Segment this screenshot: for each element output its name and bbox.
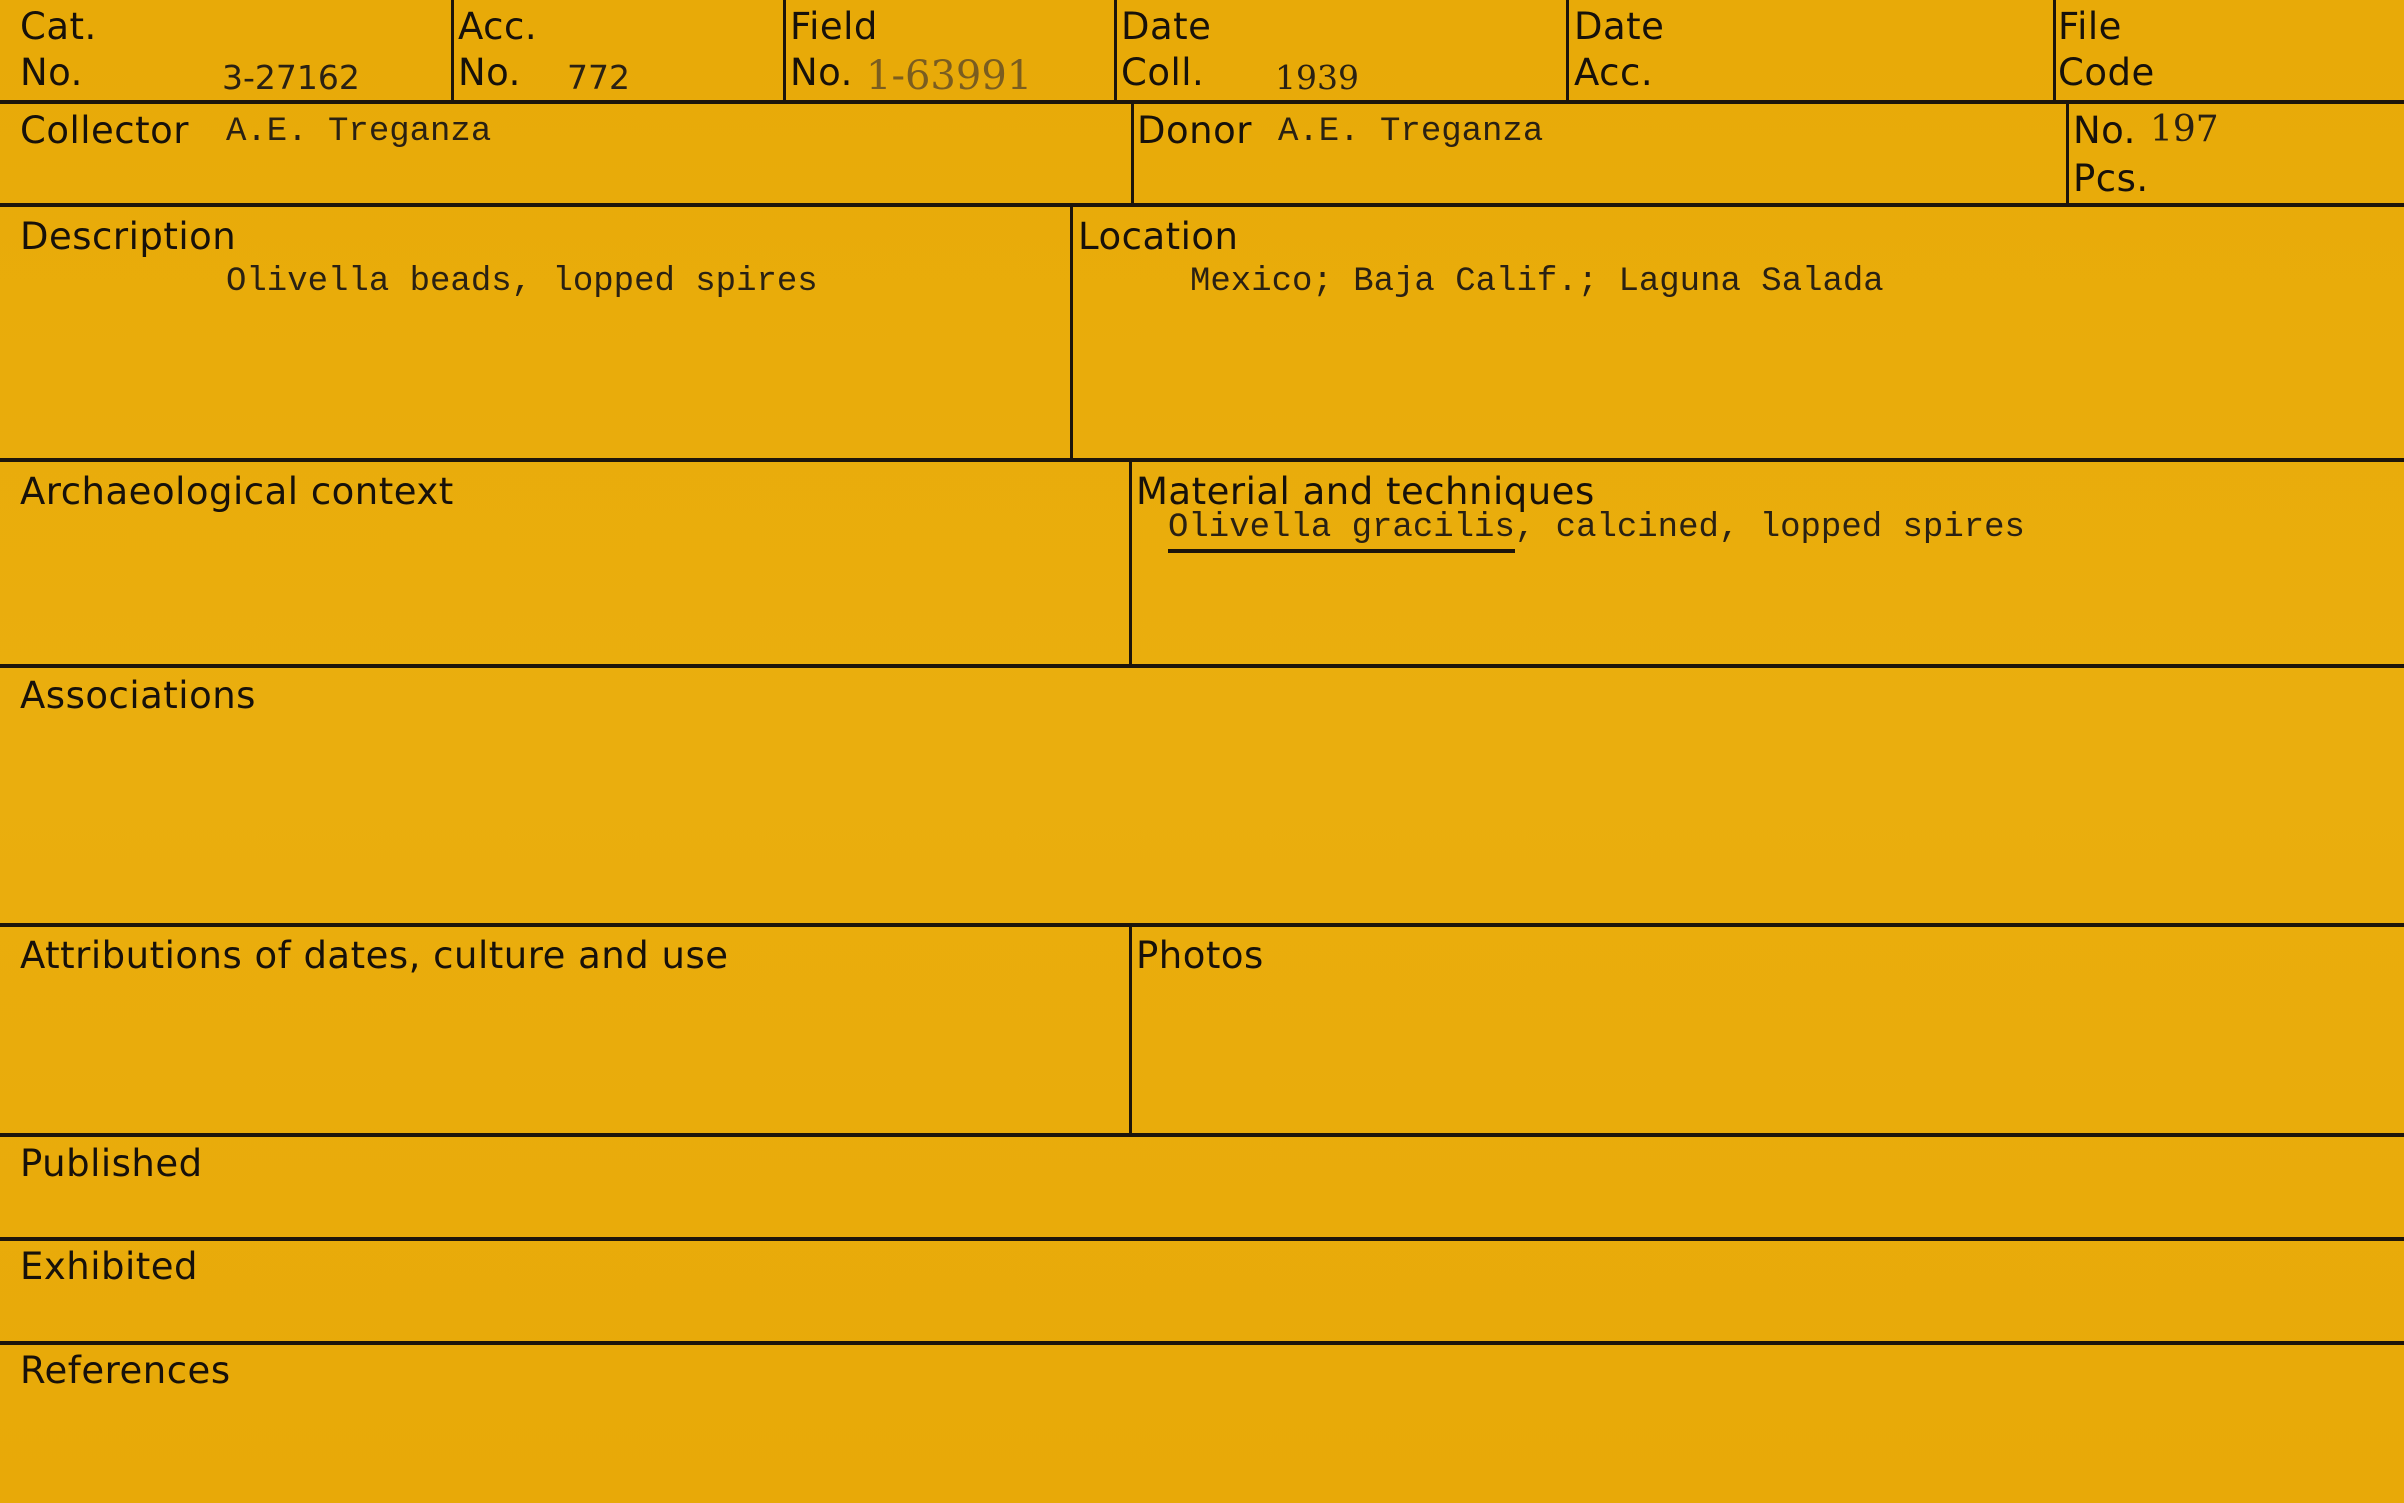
row-divider xyxy=(0,1237,2404,1241)
row-divider xyxy=(0,458,2404,462)
date-coll-value: 1939 xyxy=(1275,58,1359,98)
donor-value: A.E. Treganza xyxy=(1278,112,1543,152)
material-value: Olivella gracilis, calcined, lopped spir… xyxy=(1168,508,2025,548)
description-label: Description xyxy=(20,214,236,260)
donor-label: Donor xyxy=(1137,108,1252,154)
column-divider xyxy=(1114,0,1117,102)
published-label: Published xyxy=(20,1141,203,1187)
acc-no-value: 772 xyxy=(567,58,630,98)
file-code-label-line1: File xyxy=(2058,4,2122,50)
references-label: References xyxy=(20,1348,231,1394)
photos-label: Photos xyxy=(1136,933,1264,979)
column-divider xyxy=(1566,0,1569,102)
collector-label: Collector xyxy=(20,108,189,154)
column-divider xyxy=(1129,925,1132,1135)
cat-no-label-line1: Cat. xyxy=(20,4,97,50)
column-divider xyxy=(2066,102,2069,205)
column-divider xyxy=(1131,102,1134,205)
row-divider xyxy=(0,1133,2404,1137)
pieces-pcs-label: Pcs. xyxy=(2073,156,2149,202)
description-value: Olivella beads, lopped spires xyxy=(226,262,818,302)
associations-label: Associations xyxy=(20,673,256,719)
pieces-value: 197 xyxy=(2150,110,2219,150)
material-species: Olivella gracilis xyxy=(1168,509,1515,553)
exhibited-label: Exhibited xyxy=(20,1244,198,1290)
column-divider xyxy=(783,0,786,102)
collector-value: A.E. Treganza xyxy=(226,112,491,152)
archaeological-context-label: Archaeological context xyxy=(20,469,454,515)
date-acc-label-line2: Acc. xyxy=(1574,50,1653,96)
column-divider xyxy=(2053,0,2056,102)
row-divider xyxy=(0,664,2404,668)
column-divider xyxy=(1070,205,1073,460)
acc-no-label-line2: No. xyxy=(458,50,521,96)
column-divider xyxy=(1129,460,1132,666)
pieces-no-label: No. xyxy=(2073,108,2136,154)
field-no-value: 1-63991 xyxy=(866,56,1032,96)
attributions-label: Attributions of dates, culture and use xyxy=(20,933,729,979)
file-code-label-line2: Code xyxy=(2058,50,2155,96)
cat-no-value: 3-27162 xyxy=(222,58,360,98)
location-value: Mexico; Baja Calif.; Laguna Salada xyxy=(1190,262,1884,302)
material-details: , calcined, lopped spires xyxy=(1515,509,2025,547)
field-no-label-line2: No. xyxy=(790,50,853,96)
date-acc-label-line1: Date xyxy=(1574,4,1664,50)
row-divider xyxy=(0,1341,2404,1345)
location-label: Location xyxy=(1078,214,1239,260)
date-coll-label-line2: Coll. xyxy=(1121,50,1204,96)
acc-no-label-line1: Acc. xyxy=(458,4,537,50)
row-divider xyxy=(0,203,2404,207)
row-divider xyxy=(0,100,2404,104)
date-coll-label-line1: Date xyxy=(1121,4,1211,50)
catalog-card: Cat. No. 3-27162 Acc. No. 772 Field No. … xyxy=(0,0,2404,1503)
column-divider xyxy=(451,0,454,102)
row-divider xyxy=(0,923,2404,927)
field-no-label-line1: Field xyxy=(790,4,878,50)
cat-no-label-line2: No. xyxy=(20,50,83,96)
